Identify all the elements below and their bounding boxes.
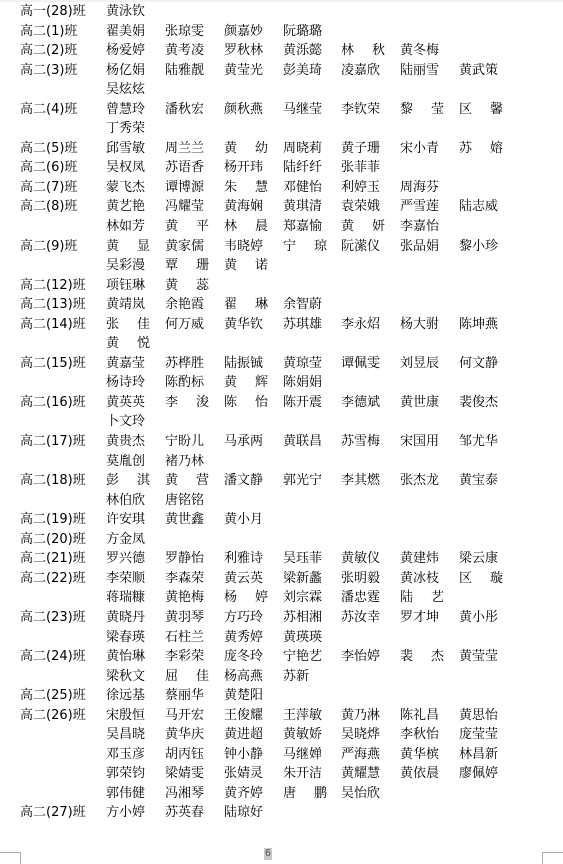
student-name: 李永炤 — [341, 315, 385, 335]
student-name: 李彩荣 — [165, 647, 209, 667]
student-name: 李森荣 — [165, 569, 209, 589]
student-name: 冯耀莹 — [165, 197, 209, 217]
student-name: 裴俊杰 — [459, 393, 503, 413]
student-name: 黄建炜 — [400, 549, 444, 569]
student-name: 黄靖岚 — [106, 295, 150, 315]
student-name: 杨亿娟 — [106, 61, 150, 81]
student-name: 梁春瑛 — [106, 628, 150, 648]
student-name: 邱雪敏 — [106, 139, 150, 159]
student-name: 黄幼 — [224, 139, 268, 159]
student-name: 周海芬 — [400, 178, 444, 198]
student-name: 阮潆仪 — [341, 237, 385, 257]
class-row: 高二(24)班黄怡琳李彩荣庞冬玲宁艳艺李怡婷裴杰黄莹莹 — [0, 647, 563, 667]
student-name: 宋殷恒 — [106, 706, 150, 726]
student-name: 李钦荣 — [341, 100, 385, 120]
student-name: 黄泺懿 — [283, 41, 327, 61]
student-name: 黄琼莹 — [283, 354, 327, 374]
student-name: 曾慧玲 — [106, 100, 150, 120]
student-name: 黄妍 — [341, 217, 385, 237]
student-name: 张杰龙 — [400, 471, 444, 491]
class-label: 高二(16)班 — [20, 393, 86, 413]
student-name: 朱慧 — [224, 178, 268, 198]
student-name: 梁婧雯 — [165, 764, 209, 784]
class-row: 高二(15)班黄嘉莹苏桦胜陆振铖黄琼莹谭佩雯刘昱辰何文静 — [0, 354, 563, 374]
student-name: 谭佩雯 — [341, 354, 385, 374]
student-name: 黎莹 — [400, 100, 444, 120]
student-name: 杨大驸 — [400, 315, 444, 335]
student-name: 吴炫炫 — [106, 80, 150, 100]
student-name: 陈怡 — [224, 393, 268, 413]
student-name: 邓玉彦 — [106, 745, 150, 765]
student-name: 黄羽琴 — [165, 608, 209, 628]
class-row: 高二(20)班方金凤 — [0, 530, 563, 550]
student-name: 阮璐璐 — [283, 22, 327, 42]
class-row: 高二(19)班许安琪黄世鑫黄小月 — [0, 510, 563, 530]
student-name: 黄营 — [165, 471, 209, 491]
class-label: 高二(14)班 — [20, 315, 86, 335]
student-name: 梁新蠡 — [283, 569, 327, 589]
student-name: 颜嘉妙 — [224, 22, 268, 42]
class-row-continuation: 林伯欣唐铭铭 — [0, 491, 563, 511]
student-name: 李其燃 — [341, 471, 385, 491]
class-label: 高二(21)班 — [20, 549, 86, 569]
student-name: 宋小青 — [400, 139, 444, 159]
class-label: 高二(15)班 — [20, 354, 86, 374]
student-name: 黄晓丹 — [106, 608, 150, 628]
student-name: 马承两 — [224, 432, 268, 452]
student-name: 蒙飞杰 — [106, 178, 150, 198]
student-name: 彭美琦 — [283, 61, 327, 81]
student-name: 黄进超 — [224, 725, 268, 745]
student-name: 区馨 — [459, 100, 503, 120]
student-name: 陆琼好 — [224, 803, 268, 823]
class-label: 高二(4)班 — [20, 100, 77, 120]
student-name: 黄秀婷 — [224, 628, 268, 648]
student-name: 潘秋宏 — [165, 100, 209, 120]
student-name: 黄悦 — [106, 334, 150, 354]
class-label: 高二(19)班 — [20, 510, 86, 530]
student-name: 李怡婷 — [341, 647, 385, 667]
student-name: 陆丽雪 — [400, 61, 444, 81]
student-name: 黄艺艳 — [106, 197, 150, 217]
student-name: 庞冬玲 — [224, 647, 268, 667]
class-row-continuation: 黄悦 — [0, 334, 563, 354]
class-label: 高二(27)班 — [20, 803, 86, 823]
student-name: 王俊耀 — [224, 706, 268, 726]
student-name: 陆纤纤 — [283, 158, 327, 178]
student-name: 陆振铖 — [224, 354, 268, 374]
student-name: 潘文静 — [224, 471, 268, 491]
student-name: 陈酌标 — [165, 373, 209, 393]
student-name: 黄武策 — [459, 61, 503, 81]
student-name: 刘昱辰 — [400, 354, 444, 374]
class-row-continuation: 郭伟健冯湘琴黄齐婷唐鹏吴怡欣 — [0, 784, 563, 804]
student-name: 朱开洁 — [283, 764, 327, 784]
student-name: 黄齐婷 — [224, 784, 268, 804]
student-name: 方巧玲 — [224, 608, 268, 628]
class-row: 高二(16)班黄英英李浚陈怡陈开震李德斌黄世康裴俊杰 — [0, 393, 563, 413]
class-label: 高二(13)班 — [20, 295, 86, 315]
class-row-continuation: 卜文玲 — [0, 412, 563, 432]
student-name: 丁秀荣 — [106, 119, 150, 139]
student-name: 莫胤创 — [106, 452, 150, 472]
student-name: 许安琪 — [106, 510, 150, 530]
student-name: 吴彩漫 — [106, 256, 150, 276]
student-name: 郭光宁 — [283, 471, 327, 491]
student-name: 利婷玉 — [341, 178, 385, 198]
student-name: 黄云英 — [224, 569, 268, 589]
class-row: 高二(7)班蒙飞杰谭博源朱慧邓健怡利婷玉周海芬 — [0, 178, 563, 198]
student-name: 项钰琳 — [106, 276, 150, 296]
class-row: 高二(21)班罗兴德罗静怡利雅诗吴珏菲黄敏仪黄建炜梁云康 — [0, 549, 563, 569]
student-name: 裴杰 — [400, 647, 444, 667]
student-name: 罗才坤 — [400, 608, 444, 628]
student-name: 翟美娟 — [106, 22, 150, 42]
student-name: 林伯欣 — [106, 491, 150, 511]
student-name: 严海燕 — [341, 745, 385, 765]
student-name: 黄华槟 — [400, 745, 444, 765]
student-name: 冯湘琴 — [165, 784, 209, 804]
student-name: 周兰兰 — [165, 139, 209, 159]
student-name: 谭博源 — [165, 178, 209, 198]
student-name: 梁云康 — [459, 549, 503, 569]
class-label: 高二(5)班 — [20, 139, 77, 159]
student-name: 宁艳艺 — [283, 647, 327, 667]
student-name: 张品娟 — [400, 237, 444, 257]
student-name: 罗秋林 — [224, 41, 268, 61]
class-label: 高二(12)班 — [20, 276, 86, 296]
student-name: 杨高燕 — [224, 667, 268, 687]
student-name: 杨开玮 — [224, 158, 268, 178]
student-name: 林如芳 — [106, 217, 150, 237]
student-name: 黄辉 — [224, 373, 268, 393]
class-row-continuation: 杨诗玲陈酌标黄辉陈娟娟 — [0, 373, 563, 393]
student-name: 黄家儒 — [165, 237, 209, 257]
student-name: 彭淇 — [106, 471, 150, 491]
student-name: 廖佩婷 — [459, 764, 503, 784]
student-name: 黄贵杰 — [106, 432, 150, 452]
student-name: 严雪莲 — [400, 197, 444, 217]
class-row-continuation: 邓玉彦胡丙钰钟小静马继婵严海燕黄华槟林昌新 — [0, 745, 563, 765]
student-name: 马继莹 — [283, 100, 327, 120]
student-name: 黄敏仪 — [341, 549, 385, 569]
student-name: 苏琪雄 — [283, 315, 327, 335]
student-name: 苏相湘 — [283, 608, 327, 628]
class-row: 高二(4)班曾慧玲潘秋宏颜秋燕马继莹李钦荣黎莹区馨 — [0, 100, 563, 120]
class-label: 高二(18)班 — [20, 471, 86, 491]
student-name: 黄诺 — [224, 256, 268, 276]
student-name: 黄依晨 — [400, 764, 444, 784]
student-name: 钟小静 — [224, 745, 268, 765]
student-name: 陈坤燕 — [459, 315, 503, 335]
document-page: 高一(28)班黄泳钦高二(1)班翟美娟张琼雯颜嘉妙阮璐璐高二(2)班杨爱婷黄考凌… — [0, 0, 563, 864]
student-name: 马开宏 — [165, 706, 209, 726]
student-name: 何文静 — [459, 354, 503, 374]
class-row: 高二(26)班宋殷恒马开宏王俊耀王萍敏黄乃淋陈礼昌黄思怡 — [0, 706, 563, 726]
student-name: 方金凤 — [106, 530, 150, 550]
student-name: 黄平 — [165, 217, 209, 237]
class-row: 高一(28)班黄泳钦 — [0, 2, 563, 22]
student-name: 胡丙钰 — [165, 745, 209, 765]
student-name: 黄冬梅 — [400, 41, 444, 61]
student-name: 黄怡琳 — [106, 647, 150, 667]
student-name: 郑嘉愉 — [283, 217, 327, 237]
class-row: 高二(5)班邱雪敏周兰兰黄幼周晓莉黄子珊宋小青苏嫆 — [0, 139, 563, 159]
student-name: 苏桦胜 — [165, 354, 209, 374]
student-name: 黄敏娇 — [283, 725, 327, 745]
student-name: 林晨 — [224, 217, 268, 237]
student-name: 林昌新 — [459, 745, 503, 765]
student-name: 黄楚阳 — [224, 686, 268, 706]
student-name: 张菲菲 — [341, 158, 385, 178]
student-name: 陆志威 — [459, 197, 503, 217]
class-label: 高二(3)班 — [20, 61, 77, 81]
student-name: 何万威 — [165, 315, 209, 335]
page-footer: 6 — [0, 840, 563, 864]
student-name: 张明毅 — [341, 569, 385, 589]
student-name: 黄世康 — [400, 393, 444, 413]
student-name: 唐铭铭 — [165, 491, 209, 511]
student-name: 梁秋文 — [106, 667, 150, 687]
student-name: 苏汝幸 — [341, 608, 385, 628]
student-name: 王萍敏 — [283, 706, 327, 726]
student-name: 宁盼儿 — [165, 432, 209, 452]
class-row: 高二(8)班黄艺艳冯耀莹黄海娴黄琪清袁荣娥严雪莲陆志威 — [0, 197, 563, 217]
student-name: 苏语香 — [165, 158, 209, 178]
class-label: 高二(2)班 — [20, 41, 77, 61]
class-row: 高二(27)班方小婷苏英春陆琼好 — [0, 803, 563, 823]
student-name: 余艳霞 — [165, 295, 209, 315]
class-row: 高二(1)班翟美娟张琼雯颜嘉妙阮璐璐 — [0, 22, 563, 42]
class-label: 高二(22)班 — [20, 569, 86, 589]
student-name: 区璇 — [459, 569, 503, 589]
student-name: 石柱兰 — [165, 628, 209, 648]
student-name: 杨诗玲 — [106, 373, 150, 393]
student-name: 黄耀慧 — [341, 764, 385, 784]
student-name: 黄嘉莹 — [106, 354, 150, 374]
student-name: 黄宝泰 — [459, 471, 503, 491]
student-name: 庞莹莹 — [459, 725, 503, 745]
student-name: 蒋瑞糠 — [106, 588, 150, 608]
class-label: 高二(7)班 — [20, 178, 77, 198]
student-name: 黄英英 — [106, 393, 150, 413]
student-name: 黄小月 — [224, 510, 268, 530]
student-name: 黄艳梅 — [165, 588, 209, 608]
class-row: 高二(12)班项钰琳黄蕊 — [0, 276, 563, 296]
student-name: 余智蔚 — [283, 295, 327, 315]
class-label: 高二(24)班 — [20, 647, 86, 667]
student-name: 林秋 — [341, 41, 385, 61]
class-row-continuation: 吴昌晓黄华庆黄进超黄敏娇吴晓烨李秋怡庞莹莹 — [0, 725, 563, 745]
student-name: 覃珊 — [165, 256, 209, 276]
student-name: 袁荣娥 — [341, 197, 385, 217]
class-row-continuation: 郭荣钧梁婧雯张婧灵朱开洁黄耀慧黄依晨廖佩婷 — [0, 764, 563, 784]
student-name: 方小婷 — [106, 803, 150, 823]
student-name: 黎小珍 — [459, 237, 503, 257]
student-name: 黄琪清 — [283, 197, 327, 217]
class-row-continuation: 吴炫炫 — [0, 80, 563, 100]
class-label: 高二(17)班 — [20, 432, 86, 452]
student-name: 苏嫆 — [459, 139, 503, 159]
crop-mark-left — [0, 852, 21, 864]
student-name: 利雅诗 — [224, 549, 268, 569]
class-row: 高二(23)班黄晓丹黄羽琴方巧玲苏相湘苏汝幸罗才坤黄小彤 — [0, 608, 563, 628]
student-name: 唐鹏 — [283, 784, 327, 804]
student-name: 马继婵 — [283, 745, 327, 765]
student-name: 邹尤华 — [459, 432, 503, 452]
student-name: 潘忠霆 — [341, 588, 385, 608]
page-number: 6 — [264, 848, 272, 860]
class-row: 高二(18)班彭淇黄营潘文静郭光宁李其燃张杰龙黄宝泰 — [0, 471, 563, 491]
student-name: 吴权凤 — [106, 158, 150, 178]
student-name: 邓健怡 — [283, 178, 327, 198]
student-name: 黄莹莹 — [459, 647, 503, 667]
student-name: 黄世鑫 — [165, 510, 209, 530]
student-name: 黄思怡 — [459, 706, 503, 726]
student-name: 郭伟健 — [106, 784, 150, 804]
class-row-continuation: 吴彩漫覃珊黄诺 — [0, 256, 563, 276]
student-name: 黄显 — [106, 237, 150, 257]
student-name: 吴晓烨 — [341, 725, 385, 745]
class-row-continuation: 莫胤创褚乃林 — [0, 452, 563, 472]
class-label: 高二(1)班 — [20, 22, 77, 42]
student-name: 陈礼昌 — [400, 706, 444, 726]
student-name: 罗兴德 — [106, 549, 150, 569]
student-name: 张婧灵 — [224, 764, 268, 784]
class-row: 高二(3)班杨亿娟陆雅靓黄莹光彭美琦凌嘉欣陆丽雪黄武策 — [0, 61, 563, 81]
student-name: 韦晓婷 — [224, 237, 268, 257]
student-name: 徐远基 — [106, 686, 150, 706]
student-name: 黄莹光 — [224, 61, 268, 81]
student-name: 褚乃林 — [165, 452, 209, 472]
student-name: 罗静怡 — [165, 549, 209, 569]
student-name: 李浚 — [165, 393, 209, 413]
student-name: 黄华庆 — [165, 725, 209, 745]
student-name: 黄子珊 — [341, 139, 385, 159]
class-row: 高二(13)班黄靖岚余艳霞翟琳余智蔚 — [0, 295, 563, 315]
student-name: 黄瑛瑛 — [283, 628, 327, 648]
student-name: 黄华钦 — [224, 315, 268, 335]
class-row: 高二(14)班张佳何万威黄华钦苏琪雄李永炤杨大驸陈坤燕 — [0, 315, 563, 335]
student-name: 吴珏菲 — [283, 549, 327, 569]
student-name: 刘宗霖 — [283, 588, 327, 608]
student-name: 黄海娴 — [224, 197, 268, 217]
student-name: 黄考凌 — [165, 41, 209, 61]
class-row-continuation: 梁秋文屈佳杨高燕苏新 — [0, 667, 563, 687]
student-name: 黄蕊 — [165, 276, 209, 296]
student-name: 杨爱婷 — [106, 41, 150, 61]
student-name: 苏雪梅 — [341, 432, 385, 452]
student-name: 李秋怡 — [400, 725, 444, 745]
student-name: 李嘉怡 — [400, 217, 444, 237]
class-row-continuation: 蒋瑞糠黄艳梅杨婷刘宗霖潘忠霆陆艺 — [0, 588, 563, 608]
student-name: 凌嘉欣 — [341, 61, 385, 81]
class-label: 高二(9)班 — [20, 237, 77, 257]
student-name: 黄乃淋 — [341, 706, 385, 726]
student-name: 陆雅靓 — [165, 61, 209, 81]
class-label: 高二(8)班 — [20, 197, 77, 217]
student-name: 陈开震 — [283, 393, 327, 413]
class-row-continuation: 林如芳黄平林晨郑嘉愉黄妍李嘉怡 — [0, 217, 563, 237]
student-name: 李德斌 — [341, 393, 385, 413]
student-name: 李荣顺 — [106, 569, 150, 589]
student-name: 张佳 — [106, 315, 150, 335]
student-name: 周晓莉 — [283, 139, 327, 159]
student-name: 陆艺 — [400, 588, 444, 608]
student-name: 苏英春 — [165, 803, 209, 823]
student-name: 黄泳钦 — [106, 2, 150, 22]
class-row-continuation: 丁秀荣 — [0, 119, 563, 139]
student-name: 吴昌晓 — [106, 725, 150, 745]
student-name: 黄冰枝 — [400, 569, 444, 589]
student-name: 吴怡欣 — [341, 784, 385, 804]
class-label: 高二(20)班 — [20, 530, 86, 550]
class-label: 高二(25)班 — [20, 686, 86, 706]
class-row: 高二(2)班杨爱婷黄考凌罗秋林黄泺懿林秋黄冬梅 — [0, 41, 563, 61]
class-row: 高二(17)班黄贵杰宁盼儿马承两黄联昌苏雪梅宋国用邹尤华 — [0, 432, 563, 452]
student-name: 卜文玲 — [106, 412, 150, 432]
class-label: 高一(28)班 — [20, 2, 86, 22]
student-name: 杨婷 — [224, 588, 268, 608]
class-label: 高二(23)班 — [20, 608, 86, 628]
student-name: 苏新 — [283, 667, 327, 687]
student-name: 宁琼 — [283, 237, 327, 257]
student-name: 郭荣钧 — [106, 764, 150, 784]
student-name: 张琼雯 — [165, 22, 209, 42]
student-name: 颜秋燕 — [224, 100, 268, 120]
class-row: 高二(25)班徐远基蔡丽华黄楚阳 — [0, 686, 563, 706]
class-row-continuation: 梁春瑛石柱兰黄秀婷黄瑛瑛 — [0, 628, 563, 648]
student-name: 宋国用 — [400, 432, 444, 452]
class-row: 高二(6)班吴权凤苏语香杨开玮陆纤纤张菲菲 — [0, 158, 563, 178]
student-name: 陈娟娟 — [283, 373, 327, 393]
student-name: 翟琳 — [224, 295, 268, 315]
class-label: 高二(26)班 — [20, 706, 86, 726]
student-name: 蔡丽华 — [165, 686, 209, 706]
class-label: 高二(6)班 — [20, 158, 77, 178]
class-row: 高二(22)班李荣顺李森荣黄云英梁新蠡张明毅黄冰枝区璇 — [0, 569, 563, 589]
student-name: 黄小彤 — [459, 608, 503, 628]
class-roster: 高一(28)班黄泳钦高二(1)班翟美娟张琼雯颜嘉妙阮璐璐高二(2)班杨爱婷黄考凌… — [0, 2, 563, 823]
student-name: 黄联昌 — [283, 432, 327, 452]
class-row: 高二(9)班黄显黄家儒韦晓婷宁琼阮潆仪张品娟黎小珍 — [0, 237, 563, 257]
crop-mark-right — [542, 852, 563, 864]
student-name: 屈佳 — [165, 667, 209, 687]
